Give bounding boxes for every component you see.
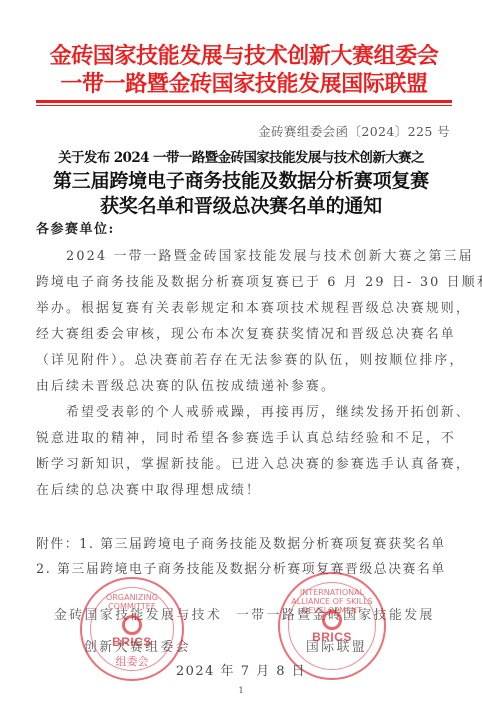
attachment-1: 附件：1. 第三届跨境电子商务技能及数据分析赛项复赛获奖名单	[36, 533, 446, 552]
page-number: 1	[0, 686, 482, 695]
body-line: 希望受表彰的个人戒骄戒躁，再接再厉，继续发扬开拓创新、	[66, 401, 482, 420]
body-line: 跨境电子商务技能及数据分析赛项复赛已于 6 月 29 日- 30 日顺利	[36, 271, 452, 290]
letterhead-divider-thin	[36, 105, 452, 106]
body-line: 2024 一带一路暨金砖国家技能发展与技术创新大赛之第三届	[66, 245, 482, 264]
body-line: 在后续的总决赛中取得理想成绩！	[36, 479, 452, 498]
title-line-2: 第三届跨境电子商务技能及数据分析赛项复赛	[0, 166, 482, 193]
body-line: （详见附件）。总决赛前若存在无法参赛的队伍，则按顺位排序，	[36, 349, 452, 368]
issue-date: 2024 年 7 月 8 日	[0, 660, 482, 679]
document-page: 金砖国家技能发展与技术创新大赛组委会 一带一路暨金砖国家技能发展国际联盟 金砖赛…	[0, 0, 482, 714]
attachment-2: 2. 第三届跨境电子商务技能及数据分析赛项复赛晋级总决赛名单	[36, 558, 446, 577]
salutation: 各参赛单位:	[36, 218, 115, 237]
title-line-3: 获奖名单和晋级总决赛名单的通知	[0, 191, 482, 218]
letterhead-divider-thick	[36, 100, 452, 103]
letterhead-line-1: 金砖国家技能发展与技术创新大赛组委会	[36, 39, 452, 70]
body-line: 由后续未晋级总决赛的队伍按成绩递补参赛。	[36, 375, 452, 394]
reference-number: 金砖赛组委会函〔2024〕225 号	[258, 122, 450, 140]
star-icon	[322, 610, 342, 630]
body-line: 断学习新知识，掌握新技能。已进入总决赛的参赛选手认真备赛，	[36, 453, 452, 472]
body-line: 举办。根据复赛有关表彰规定和本赛项技术规程晋级总决赛规则，	[36, 297, 452, 316]
body-line: 经大赛组委会审核，现公布本次复赛获奖情况和晋级总决赛名单	[36, 323, 452, 342]
body-line: 锐意进取的精神，同时希望各参赛选手认真总结经验和不足，不	[36, 427, 452, 446]
star-icon	[122, 615, 142, 635]
letterhead-line-2: 一带一路暨金砖国家技能发展国际联盟	[36, 67, 452, 98]
title-line-1: 关于发布 2024 一带一路暨金砖国家技能发展与技术创新大赛之	[0, 146, 482, 166]
